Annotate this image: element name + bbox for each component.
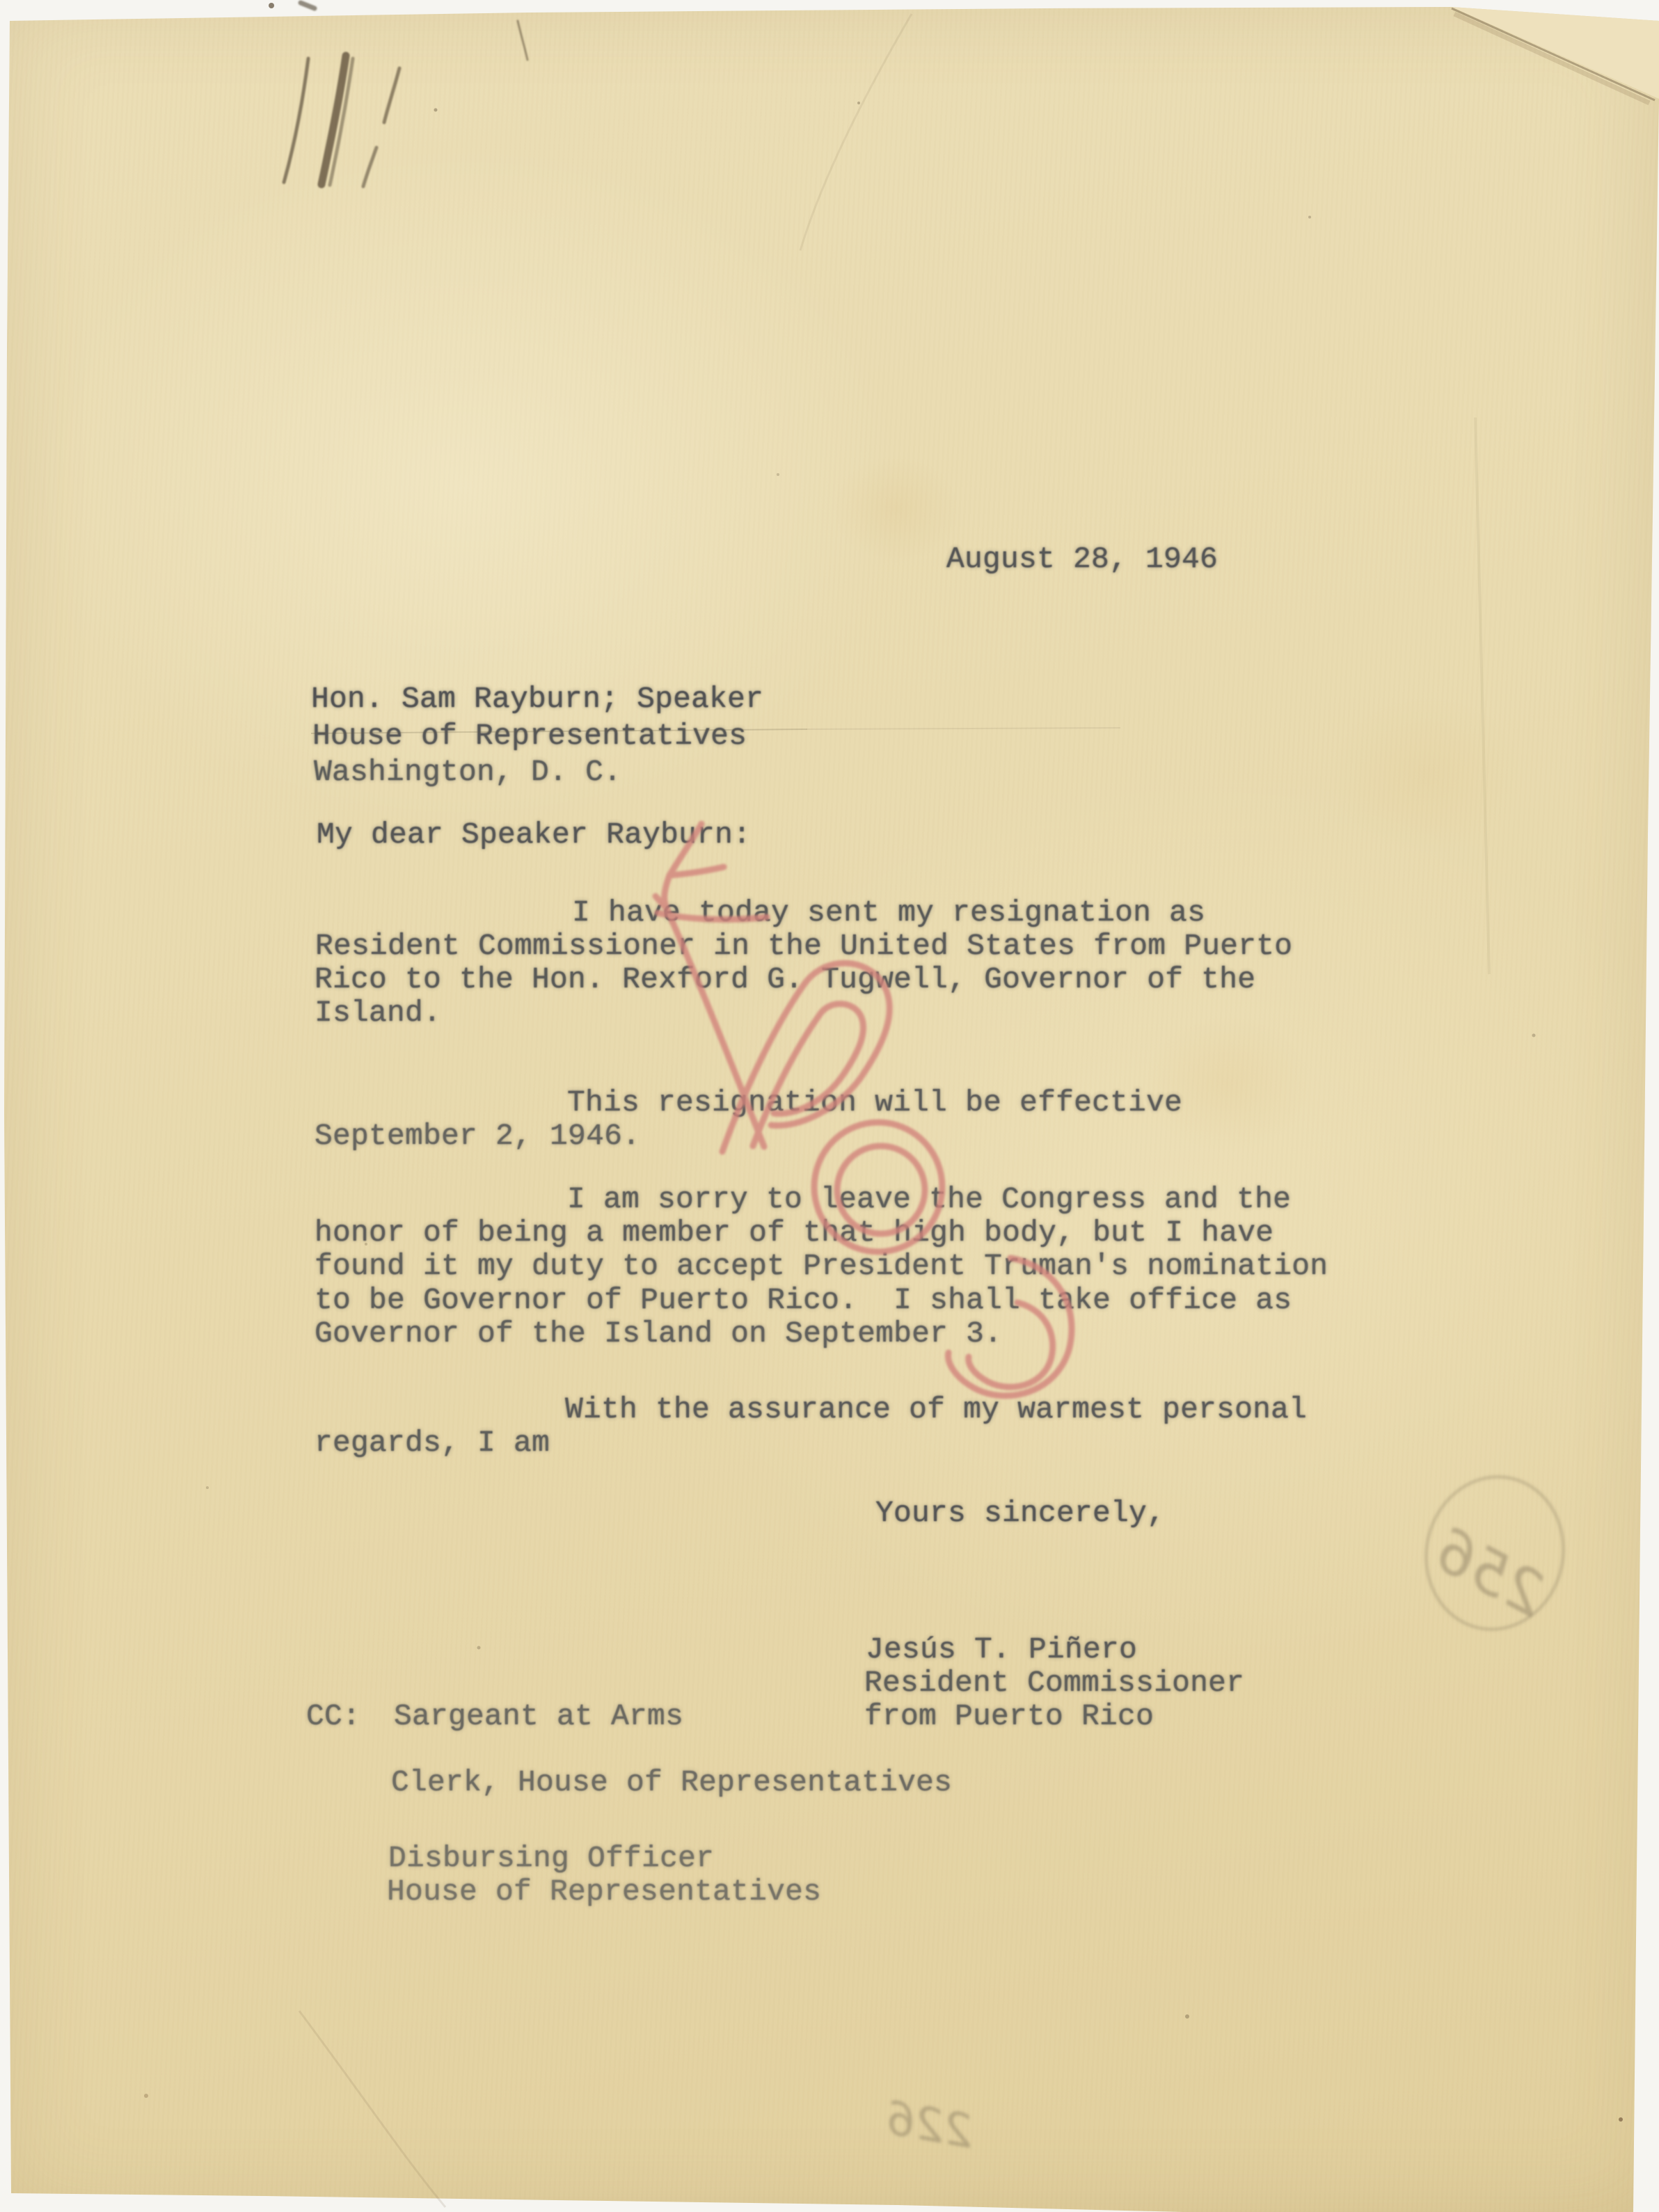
circled-number-256: 256 — [1412, 1464, 1577, 1642]
scanned-letter-page: August 28, 1946 Hon. Sam Rayburn; Speake… — [0, 0, 1659, 2212]
pencil-marks — [284, 3, 527, 186]
paper-creases — [299, 14, 1489, 2207]
red-copy-mark — [656, 824, 1072, 1396]
bottom-number-text: 226 — [882, 2091, 977, 2159]
dust-specks — [144, 3, 1623, 2122]
annotation-overlay: 256 226 — [0, 0, 1659, 2212]
folded-corner — [1452, 7, 1659, 103]
circled-number-text: 256 — [1424, 1515, 1557, 1630]
bottom-number-226: 226 — [882, 2091, 977, 2159]
